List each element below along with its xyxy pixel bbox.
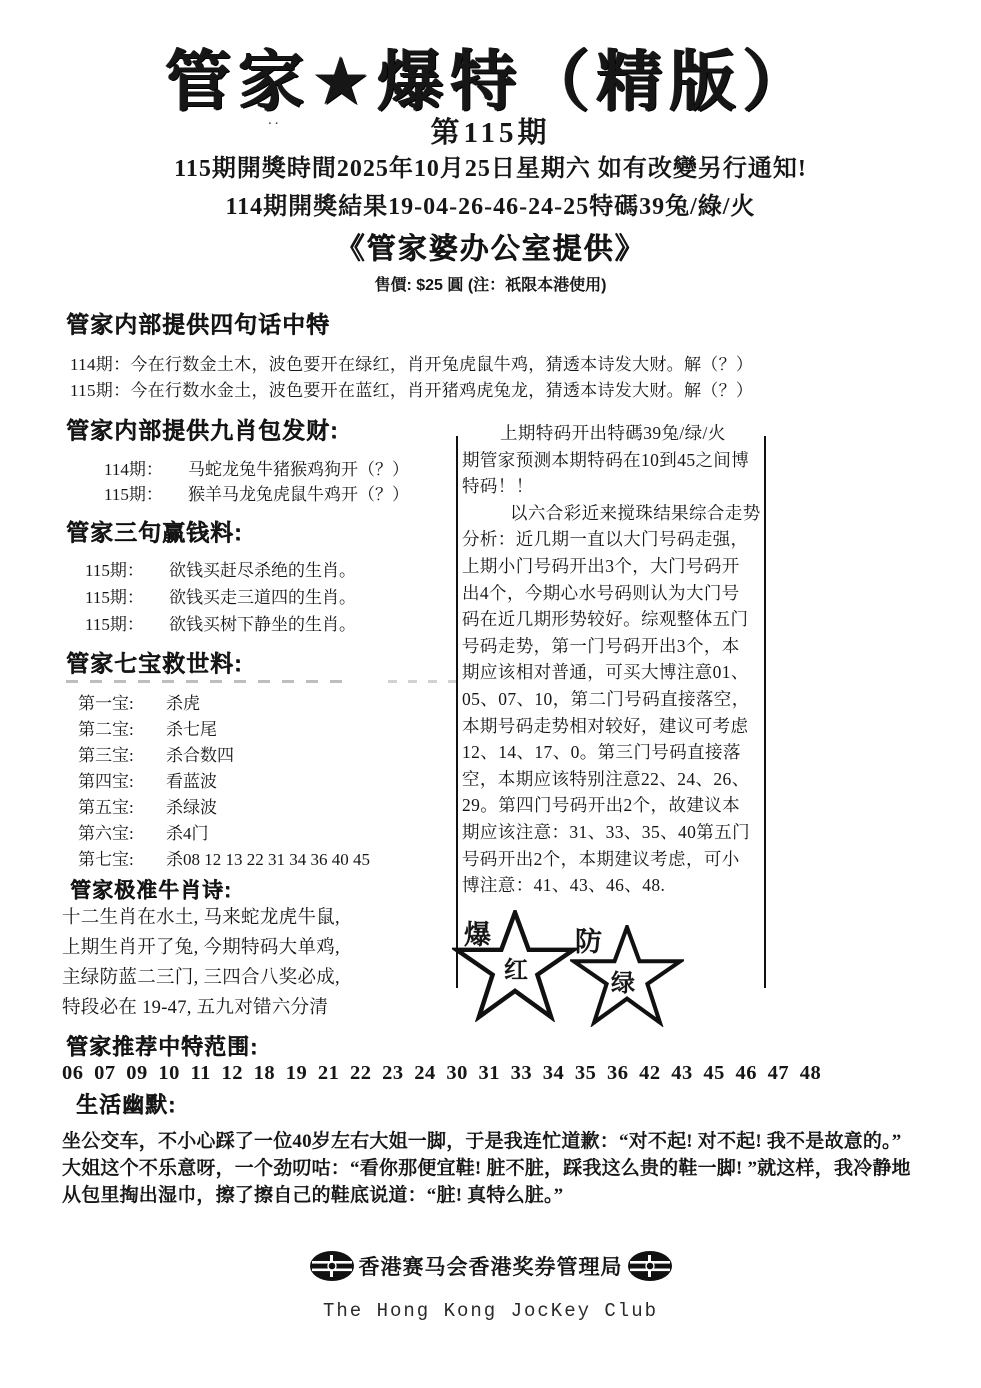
analysis-line: 号码开出2个，本期建议考虑，可小 [462, 846, 762, 873]
three-sentences-row: 115期： 欲钱买赶尽杀绝的生肖。 [85, 556, 356, 581]
row-text: 马蛇龙兔牛猪猴鸡狗开（？） [188, 455, 409, 480]
row-label: 115期： [85, 583, 147, 608]
poem-line: 主绿防蓝二三门, 三四合八奖必成, [62, 963, 340, 989]
row-label: 第五宝: [78, 793, 144, 818]
recommend-heading: 管家推荐中特范围: [66, 1030, 258, 1061]
row-text: 欲钱买走三道四的生肖。 [169, 583, 356, 608]
draw-time-line: 115期開獎時間2025年10月25日星期六 如有改變另行通知! [0, 148, 981, 183]
treasure-row: 第三宝: 杀合数四 [78, 741, 234, 766]
jockey-club-logo-icon [627, 1250, 673, 1282]
column-rule-left [456, 436, 458, 988]
analysis-line: 12、14、17、0。第三门号码直接落 [462, 739, 762, 766]
row-text: 欲钱买树下静坐的生肖。 [169, 610, 356, 635]
row-label: 115期： [85, 610, 147, 635]
row-text: 杀4门 [166, 819, 209, 844]
treasure-row: 第五宝: 杀绿波 [78, 793, 217, 818]
row-text: 杀合数四 [166, 741, 234, 766]
three-sentences-heading: 管家三句赢钱料: [66, 514, 243, 547]
three-sentences-row: 115期： 欲钱买走三道四的生肖。 [85, 583, 356, 608]
nine-zodiac-row: 114期： 马蛇龙兔牛猪猴鸡狗开（？） [104, 455, 409, 480]
treasure-row: 第二宝: 杀七尾 [78, 715, 217, 740]
four-sentences-line: 114期：今在行数金土木，波色要开在绿红，肖开兔虎鼠牛鸡，猜透本诗发大财。解（？… [70, 350, 753, 375]
four-sentences-heading: 管家内部提供四句话中特 [66, 306, 330, 339]
analysis-line: 期应该相对普通，可买大博注意01、 [462, 659, 762, 686]
row-label: 第四宝: [78, 767, 144, 792]
humor-line: 从包里掏出湿巾，擦了擦自己的鞋底说道：“脏! 真特么脏。” [62, 1180, 563, 1207]
page-title: 管家★爆特（精版） [0, 28, 981, 123]
footer-org-en: The Hong Kong JocKey Club [0, 1300, 981, 1322]
row-text: 杀七尾 [166, 715, 217, 740]
star1-inside-label: 红 [504, 950, 528, 985]
analysis-line: 05、07、10，第二门号码直接落空， [462, 686, 762, 713]
humor-line: 大姐这个不乐意呀，一个劲叨咕：“看你那便宜鞋! 脏不脏，踩我这么贵的鞋一脚! ”… [62, 1153, 911, 1180]
price-line: 售價: $25 圓 (注：祇限本港使用) [0, 272, 981, 295]
poem-line: 特段必在 19-47, 五九对错六分清 [62, 993, 328, 1019]
row-text: 杀虎 [166, 689, 200, 714]
row-text: 杀08 12 13 22 31 34 36 40 45 [166, 845, 370, 870]
analysis-line: 空，本期应该特别注意22、24、26、 [462, 766, 762, 793]
star2-outside-label: 防 [575, 920, 602, 959]
tip-sheet-page: 管家★爆特（精版） .. 第115期 115期開獎時間2025年10月25日星期… [0, 0, 981, 1388]
row-text: 看蓝波 [166, 767, 217, 792]
row-text: 欲钱买赶尽杀绝的生肖。 [169, 556, 356, 581]
row-label: 115期： [104, 480, 166, 505]
row-label: 114期： [104, 455, 166, 480]
column-rule-right [764, 436, 766, 988]
nine-zodiac-heading: 管家内部提供九肖包发财: [66, 412, 339, 445]
three-sentences-row: 115期： 欲钱买树下静坐的生肖。 [85, 610, 356, 635]
analysis-line: 本期号码走势相对较好，建议可考虑 [462, 713, 762, 740]
analysis-line: 博注意：41、43、46、48. [462, 872, 762, 899]
analysis-line: 出4个，今期心水号码则认为大门号 [462, 580, 762, 607]
analysis-line: 期管家预测本期特码在10到45之间博 [462, 447, 762, 474]
row-text: 猴羊马龙兔虎鼠牛鸡开（？） [188, 480, 409, 505]
analysis-line: 29。第四门号码开出2个，故建议本 [462, 792, 762, 819]
erased-text-smudge [66, 680, 346, 683]
star1-outside-label: 爆 [464, 913, 491, 952]
analysis-line: 期应该注意：31、33、35、40第五门 [462, 819, 762, 846]
seven-treasures-heading: 管家七宝救世料: [66, 645, 243, 678]
jockey-club-logo-icon [309, 1250, 355, 1282]
treasure-row: 第七宝: 杀08 12 13 22 31 34 36 40 45 [78, 845, 370, 870]
analysis-line: 号码走势，第一门号码开出3个，本 [462, 633, 762, 660]
analysis-line: 以六合彩近来搅珠结果综合走势 [462, 500, 762, 527]
row-label: 第一宝: [78, 689, 144, 714]
treasure-row: 第六宝: 杀4门 [78, 819, 209, 844]
four-sentences-line: 115期：今在行数水金土，波色要开在蓝红，肖开猪鸡虎兔龙，猜透本诗发大财。解（？… [70, 376, 753, 401]
analysis-line: 上期小门号码开出3个，大门号码开 [462, 553, 762, 580]
treasure-row: 第一宝: 杀虎 [78, 689, 200, 714]
poem-line: 上期生肖开了兔, 今期特码大单鸡, [62, 933, 340, 959]
analysis-line: 特码！！ [462, 473, 762, 500]
nine-zodiac-row: 115期： 猴羊马龙兔虎鼠牛鸡开（？） [104, 480, 409, 505]
row-label: 第六宝: [78, 819, 144, 844]
poem-line: 十二生肖在水土, 马来蛇龙虎牛鼠, [62, 903, 340, 929]
analysis-line: 码在近几期形势较好。综观整体五门 [462, 606, 762, 633]
provider-line: 《管家婆办公室提供》 [0, 226, 981, 267]
treasure-row: 第四宝: 看蓝波 [78, 767, 217, 792]
row-label: 第三宝: [78, 741, 144, 766]
analysis-line: 上期特码开出特碼39兔/绿/火 [462, 420, 762, 447]
row-label: 115期： [85, 556, 147, 581]
footer-org-cn: 香港赛马会香港奖券管理局 [359, 1251, 623, 1281]
footer-org-row: 香港赛马会香港奖券管理局 [0, 1250, 981, 1282]
row-label: 第七宝: [78, 845, 144, 870]
row-label: 第二宝: [78, 715, 144, 740]
recommend-numbers: 06 07 09 10 11 12 18 19 21 22 23 24 30 3… [62, 1062, 942, 1085]
last-result-line: 114期開獎結果19-04-26-46-24-25特碼39兔/綠/火 [0, 186, 981, 221]
issue-number: 第115期 [0, 110, 981, 151]
analysis-line: 分析：近几期一直以大门号码走强， [462, 526, 762, 553]
erased-text-smudge [388, 680, 460, 683]
humor-line: 坐公交车，不小心踩了一位40岁左右大姐一脚，于是我连忙道歉：“对不起! 对不起!… [62, 1126, 901, 1153]
analysis-text: 上期特码开出特碼39兔/绿/火 期管家预测本期特码在10到45之间博 特码！！ … [462, 420, 762, 899]
star2-inside-label: 绿 [611, 963, 635, 998]
zodiac-poem-heading: 管家极准牛肖诗: [70, 874, 232, 904]
humor-heading: 生活幽默: [76, 1088, 176, 1119]
row-text: 杀绿波 [166, 793, 217, 818]
